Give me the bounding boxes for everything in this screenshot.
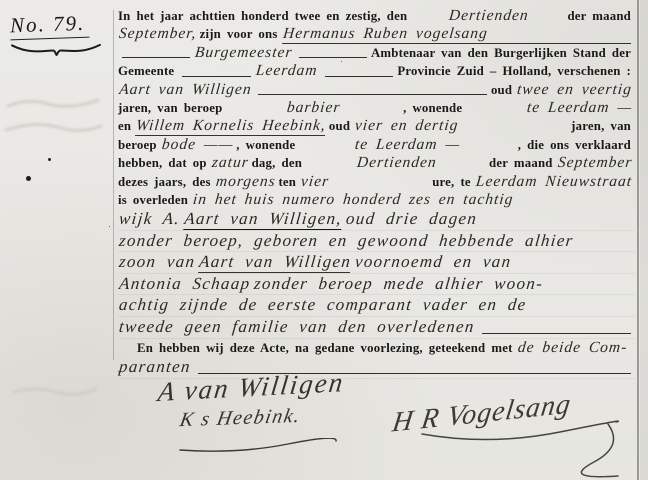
document-line: zoon vanAart van Willigenvoornoemd en va…: [118, 252, 635, 274]
handwritten-entry: barbier: [286, 99, 341, 117]
handwritten-entry: vier en dertig: [354, 117, 459, 135]
document-line: wijk A.Aart van Willigen,oud drie dagen: [118, 209, 635, 231]
handwritten-entry: te Leerdam —: [526, 99, 633, 117]
handwritten-entry: Dertienden: [448, 7, 530, 25]
handwritten-entry: achtig zijnde de eerste comparant vader …: [118, 295, 528, 315]
document-line: Antonia Schaapzonder beroep mede alhier …: [118, 274, 635, 296]
death-certificate-scan: No. 79. In het jaar achttien honderd twe…: [0, 0, 648, 480]
ink-specks: [48, 158, 51, 161]
document-line: GemeenteLeerdamProvincie Zuid – Holland,…: [118, 62, 635, 80]
signature-flourish: [420, 420, 635, 480]
handwritten-entry: wijk A.: [118, 209, 181, 229]
text-block: In het jaar achttien honderd twee en zes…: [118, 7, 635, 379]
document-line: September,zijn voor onsHermanus Ruben vo…: [118, 25, 635, 43]
printed-text: hebben, dat op: [118, 156, 207, 171]
handwritten-entry: Aart van Willigen: [118, 81, 253, 99]
act-number: No. 79.: [10, 11, 90, 41]
document-line: In het jaar achttien honderd twee en zes…: [118, 7, 635, 25]
document-line: beroepbode ——, wonendete Leerdam —, die …: [118, 136, 635, 154]
printed-text: beroep: [118, 138, 157, 153]
handwritten-entry: voornoemd en van: [354, 252, 512, 272]
margin-note: No. 79.: [10, 12, 110, 59]
handwritten-entry: paranten: [118, 357, 192, 377]
fill-in-rule: [299, 56, 367, 58]
handwritten-entry: September,: [118, 25, 197, 43]
document-line: achtig zijnde de eerste comparant vader …: [118, 295, 635, 317]
document-line: enWillem Kornelis Heebink,oudvier en der…: [118, 117, 635, 135]
printed-text: oud: [491, 83, 512, 98]
handwritten-entry: Aart van Willigen: [198, 252, 352, 273]
handwritten-entry: Leerdam: [255, 62, 318, 80]
printed-text: ten: [278, 175, 296, 190]
handwritten-entry: oud drie dagen: [345, 209, 478, 229]
fill-in-rule: [182, 75, 251, 77]
document-line: jaren, van beroepbarbier, wonendete Leer…: [118, 99, 635, 117]
printed-text: , wonende: [236, 138, 295, 153]
document-line: En hebben wij deze Acte, na gedane voorl…: [118, 339, 635, 357]
bleedthrough-marks: [10, 380, 100, 420]
handwritten-entry: Willem Kornelis Heebink,: [135, 117, 327, 135]
printed-text: In het jaar achttien honderd twee en zes…: [118, 9, 407, 24]
handwritten-entry: te Leerdam —: [354, 136, 461, 154]
handwritten-entry: de beide Com-: [517, 339, 628, 357]
document-line: Aart van Willigenoudtwee en veertig: [118, 81, 635, 99]
bleedthrough-marks: [4, 96, 104, 156]
printed-text: Gemeente: [118, 64, 174, 79]
handwritten-entry: September: [557, 154, 633, 172]
fill-in-rule: [122, 56, 190, 58]
document-line: tweede geen familie van den overledenen: [118, 317, 635, 339]
document-line: dezes jaars, desmorgenstenvierure, teLee…: [118, 173, 635, 191]
printed-text: zijn voor ons: [200, 27, 278, 42]
printed-text: , wonende: [403, 101, 462, 116]
under-brace-flourish: [10, 41, 102, 59]
handwritten-entry: Leerdam Nieuwstraat: [475, 173, 633, 191]
printed-text: is overleden: [118, 193, 188, 208]
printed-text: oud: [329, 119, 350, 134]
page-edge-line: [637, 0, 639, 480]
printed-text: jaren, van: [571, 119, 631, 134]
signature-comparant-2: K s Heebink.: [178, 405, 303, 432]
handwritten-entry: zonder beroep mede alhier woon-: [253, 274, 544, 294]
printed-text: jaren, van beroep: [118, 101, 222, 116]
handwritten-entry: Hermanus Ruben vogelsang: [282, 25, 633, 43]
document-line: BurgemeesterAmbtenaar van den Burgerlijk…: [118, 44, 635, 62]
signature-flourish: [178, 438, 338, 454]
handwritten-entry: morgens: [215, 173, 277, 191]
handwritten-entry: zonder beroep, geboren en gewoond hebben…: [118, 231, 575, 251]
handwritten-entry: in het huis numero honderd zes en tachti…: [192, 191, 633, 209]
printed-text: der maand: [567, 9, 631, 24]
handwritten-entry: twee en veertig: [516, 81, 633, 99]
fill-in-rule: [258, 93, 487, 95]
printed-text: der maand: [489, 156, 553, 171]
printed-text: En hebben wij deze Acte, na gedane voorl…: [137, 341, 513, 356]
handwritten-entry: Antonia Schaap: [118, 274, 252, 295]
document-line: is overledenin het huis numero honderd z…: [118, 191, 635, 209]
document-line: zonder beroep, geboren en gewoond hebben…: [118, 231, 635, 253]
printed-text: Provincie Zuid – Holland, verschenen :: [397, 64, 631, 79]
page-edge-shade: [640, 0, 648, 480]
handwritten-entry: Aart van Willigen,: [183, 209, 343, 231]
printed-text: , die ons verklaard: [518, 138, 631, 153]
printed-text: dezes jaars, des: [118, 175, 211, 190]
fill-in-rule: [482, 332, 631, 334]
form-margin-rule: [113, 10, 114, 360]
handwritten-entry: zatur: [211, 154, 250, 172]
handwritten-entry: bode ——: [161, 136, 234, 154]
handwritten-entry: zoon van: [118, 252, 196, 272]
fill-in-rule: [325, 75, 394, 77]
printed-text: ure, te: [432, 175, 471, 190]
printed-text: en: [118, 119, 131, 134]
handwritten-entry: vier: [300, 173, 330, 191]
handwritten-entry: Burgemeester: [194, 44, 293, 62]
printed-text: dag, den: [252, 156, 302, 171]
printed-text: Ambtenaar van den Burgerlijken Stand der: [371, 46, 631, 61]
handwritten-entry: Dertienden: [356, 154, 438, 172]
handwritten-entry: tweede geen familie van den overledenen: [118, 317, 476, 337]
document-line: hebben, dat opzaturdag, denDertiendender…: [118, 154, 635, 172]
